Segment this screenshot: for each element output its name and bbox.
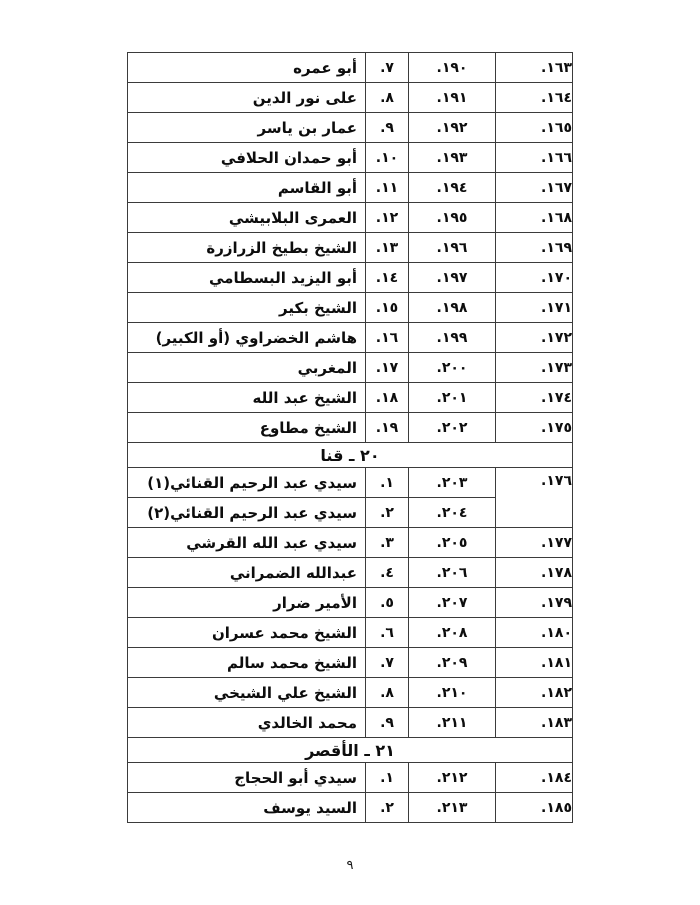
name-cell: الشيخ محمد عسران xyxy=(128,618,366,648)
overall-number-cell: ١٨٤. xyxy=(496,763,573,793)
entry-name: هاشم الخضراوي (أو الكبير) xyxy=(156,329,357,347)
entry-name: المغربي xyxy=(298,359,357,377)
table-row: ١٧٤.٢٠١.١٨.الشيخ عبد الله xyxy=(128,383,573,413)
running-number-cell: ٢٠٥. xyxy=(409,528,496,558)
name-cell: الشيخ بطيخ الزرازرة xyxy=(128,233,366,263)
entry-name: السيد يوسف xyxy=(263,799,357,817)
running-number-cell: ٢٠١. xyxy=(409,383,496,413)
entry-note: (٢) xyxy=(147,504,170,522)
entry-name: الشيخ بكير xyxy=(279,299,357,317)
entry-name: سيدي عبد الرحيم القنائي xyxy=(170,474,357,492)
section-serial-cell: ٢. xyxy=(366,793,409,823)
name-cell: سيدي عبد الرحيم القنائي(١) xyxy=(128,468,366,498)
section-serial-cell: ١٣. xyxy=(366,233,409,263)
shrine-list-table: ١٦٣.١٩٠.٧.أبو عمره١٦٤.١٩١.٨.على نور الدي… xyxy=(127,52,573,823)
name-cell: الشيخ بكير xyxy=(128,293,366,323)
entry-name: عبدالله الضمراني xyxy=(230,564,357,582)
section-serial-cell: ٤. xyxy=(366,558,409,588)
running-number-cell: ٢١١. xyxy=(409,708,496,738)
running-number-cell: ٢٠٧. xyxy=(409,588,496,618)
entry-name: محمد الخالدي xyxy=(258,714,357,732)
section-header-title: ٢٠ ـ قنا xyxy=(128,443,573,468)
name-cell: السيد يوسف xyxy=(128,793,366,823)
overall-number-cell: ١٦٨. xyxy=(496,203,573,233)
overall-number-cell: ١٧٢. xyxy=(496,323,573,353)
running-number-cell: ٢٠٦. xyxy=(409,558,496,588)
section-serial-cell: ١٨. xyxy=(366,383,409,413)
table-row: ١٦٣.١٩٠.٧.أبو عمره xyxy=(128,53,573,83)
name-cell: سيدي عبد الله القرشي xyxy=(128,528,366,558)
name-cell: أبو حمدان الحلافي xyxy=(128,143,366,173)
entry-name: على نور الدين xyxy=(253,89,357,107)
running-number-cell: ١٩٧. xyxy=(409,263,496,293)
overall-number-cell: ١٦٥. xyxy=(496,113,573,143)
table-row: ١٦٦.١٩٣.١٠.أبو حمدان الحلافي xyxy=(128,143,573,173)
running-number-cell: ٢١٢. xyxy=(409,763,496,793)
name-cell: الشيخ عبد الله xyxy=(128,383,366,413)
name-cell: على نور الدين xyxy=(128,83,366,113)
name-cell: أبو اليزيد البسطامي xyxy=(128,263,366,293)
entry-name: الشيخ محمد سالم xyxy=(227,654,357,672)
table-body: ١٦٣.١٩٠.٧.أبو عمره١٦٤.١٩١.٨.على نور الدي… xyxy=(128,53,573,823)
name-cell: محمد الخالدي xyxy=(128,708,366,738)
section-serial-cell: ١٦. xyxy=(366,323,409,353)
name-cell: الشيخ مطاوع xyxy=(128,413,366,443)
table-row: ١٧٥.٢٠٢.١٩.الشيخ مطاوع xyxy=(128,413,573,443)
overall-number-cell: ١٧٠. xyxy=(496,263,573,293)
overall-number-cell: ١٧٥. xyxy=(496,413,573,443)
table-row: ١٨٢.٢١٠.٨.الشيخ علي الشيخي xyxy=(128,678,573,708)
table-row: ١٨١.٢٠٩.٧.الشيخ محمد سالم xyxy=(128,648,573,678)
name-cell: الأمير ضرار xyxy=(128,588,366,618)
table-row: ١٦٤.١٩١.٨.على نور الدين xyxy=(128,83,573,113)
name-cell: المغربي xyxy=(128,353,366,383)
section-serial-cell: ١٤. xyxy=(366,263,409,293)
name-cell: سيدي أبو الحجاج xyxy=(128,763,366,793)
table-row: ١٧٧.٢٠٥.٣.سيدي عبد الله القرشي xyxy=(128,528,573,558)
running-number-cell: ١٩١. xyxy=(409,83,496,113)
entry-name: أبو حمدان الحلافي xyxy=(221,149,357,167)
name-cell: الشيخ محمد سالم xyxy=(128,648,366,678)
table-row: ١٧١.١٩٨.١٥.الشيخ بكير xyxy=(128,293,573,323)
table-row: ١٨٤.٢١٢.١.سيدي أبو الحجاج xyxy=(128,763,573,793)
entry-name: سيدي أبو الحجاج xyxy=(234,769,357,787)
entry-name: الأمير ضرار xyxy=(273,594,357,612)
running-number-cell: ٢٠٤. xyxy=(409,498,496,528)
overall-number-cell: ١٦٣. xyxy=(496,53,573,83)
name-cell: سيدي عبد الرحيم القنائي(٢) xyxy=(128,498,366,528)
section-serial-cell: ٢. xyxy=(366,498,409,528)
overall-number-cell: ١٧١. xyxy=(496,293,573,323)
entry-name: الشيخ عبد الله xyxy=(253,389,357,407)
section-serial-cell: ٧. xyxy=(366,53,409,83)
section-serial-cell: ٧. xyxy=(366,648,409,678)
entry-name: الشيخ محمد عسران xyxy=(212,624,357,642)
overall-number-cell: ١٧٤. xyxy=(496,383,573,413)
section-serial-cell: ١٠. xyxy=(366,143,409,173)
name-cell: العمرى البلابيشي xyxy=(128,203,366,233)
section-serial-cell: ٦. xyxy=(366,618,409,648)
section-serial-cell: ١. xyxy=(366,763,409,793)
entry-name: الشيخ بطيخ الزرازرة xyxy=(206,239,357,257)
section-serial-cell: ١٢. xyxy=(366,203,409,233)
name-cell: أبو القاسم xyxy=(128,173,366,203)
entry-name: الشيخ مطاوع xyxy=(260,419,357,437)
table-row: ١٧٩.٢٠٧.٥.الأمير ضرار xyxy=(128,588,573,618)
overall-number-cell: ١٨١. xyxy=(496,648,573,678)
overall-number-cell: ١٦٩. xyxy=(496,233,573,263)
overall-number-cell: ١٨٠. xyxy=(496,618,573,648)
table-row: ١٨٣.٢١١.٩.محمد الخالدي xyxy=(128,708,573,738)
name-cell: أبو عمره xyxy=(128,53,366,83)
overall-number-cell: ١٧٦. xyxy=(496,468,573,528)
table-row: ١٦٥.١٩٢.٩.عمار بن ياسر xyxy=(128,113,573,143)
section-header-title: ٢١ ـ الأقصر xyxy=(128,738,573,763)
overall-number-cell: ١٦٧. xyxy=(496,173,573,203)
entry-name: سيدي عبد الله القرشي xyxy=(186,534,357,552)
running-number-cell: ٢٠٢. xyxy=(409,413,496,443)
overall-number-cell: ١٨٢. xyxy=(496,678,573,708)
entry-name: الشيخ علي الشيخي xyxy=(214,684,357,702)
section-serial-cell: ٩. xyxy=(366,113,409,143)
name-cell: عبدالله الضمراني xyxy=(128,558,366,588)
running-number-cell: ١٩٠. xyxy=(409,53,496,83)
overall-number-cell: ١٧٨. xyxy=(496,558,573,588)
entry-name: عمار بن ياسر xyxy=(258,119,358,137)
running-number-cell: ١٩٤. xyxy=(409,173,496,203)
section-serial-cell: ٩. xyxy=(366,708,409,738)
section-serial-cell: ١١. xyxy=(366,173,409,203)
table-row: ١٧٠.١٩٧.١٤.أبو اليزيد البسطامي xyxy=(128,263,573,293)
running-number-cell: ١٩٩. xyxy=(409,323,496,353)
running-number-cell: ١٩٢. xyxy=(409,113,496,143)
running-number-cell: ٢٠٠. xyxy=(409,353,496,383)
running-number-cell: ٢١٣. xyxy=(409,793,496,823)
name-cell: الشيخ علي الشيخي xyxy=(128,678,366,708)
overall-number-cell: ١٦٦. xyxy=(496,143,573,173)
section-serial-cell: ١. xyxy=(366,468,409,498)
table-row: ١٦٨.١٩٥.١٢.العمرى البلابيشي xyxy=(128,203,573,233)
table-row: ١٨٠.٢٠٨.٦.الشيخ محمد عسران xyxy=(128,618,573,648)
entry-name: العمرى البلابيشي xyxy=(229,209,357,227)
table-row: ١٨٥.٢١٣.٢.السيد يوسف xyxy=(128,793,573,823)
section-serial-cell: ٥. xyxy=(366,588,409,618)
overall-number-cell: ١٧٧. xyxy=(496,528,573,558)
table-row: ١٦٧.١٩٤.١١.أبو القاسم xyxy=(128,173,573,203)
running-number-cell: ١٩٣. xyxy=(409,143,496,173)
running-number-cell: ١٩٨. xyxy=(409,293,496,323)
table-row: ١٦٩.١٩٦.١٣.الشيخ بطيخ الزرازرة xyxy=(128,233,573,263)
section-header-row: ٢٠ ـ قنا xyxy=(128,443,573,468)
document-page: ١٦٣.١٩٠.٧.أبو عمره١٦٤.١٩١.٨.على نور الدي… xyxy=(0,0,700,905)
running-number-cell: ٢٠٨. xyxy=(409,618,496,648)
section-header-row: ٢١ ـ الأقصر xyxy=(128,738,573,763)
section-serial-cell: ١٥. xyxy=(366,293,409,323)
overall-number-cell: ١٧٩. xyxy=(496,588,573,618)
running-number-cell: ١٩٦. xyxy=(409,233,496,263)
section-serial-cell: ١٧. xyxy=(366,353,409,383)
table-row: ١٧٢.١٩٩.١٦.هاشم الخضراوي (أو الكبير) xyxy=(128,323,573,353)
running-number-cell: ٢٠٣. xyxy=(409,468,496,498)
table-row: ١٧٣.٢٠٠.١٧.المغربي xyxy=(128,353,573,383)
name-cell: هاشم الخضراوي (أو الكبير) xyxy=(128,323,366,353)
overall-number-cell: ١٨٣. xyxy=(496,708,573,738)
section-serial-cell: ٨. xyxy=(366,678,409,708)
overall-number-cell: ١٦٤. xyxy=(496,83,573,113)
table-row: ١٧٨.٢٠٦.٤.عبدالله الضمراني xyxy=(128,558,573,588)
overall-number-cell: ١٧٣. xyxy=(496,353,573,383)
entry-name: أبو عمره xyxy=(293,59,357,77)
entry-name: أبو اليزيد البسطامي xyxy=(209,269,357,287)
name-cell: عمار بن ياسر xyxy=(128,113,366,143)
overall-number-cell: ١٨٥. xyxy=(496,793,573,823)
running-number-cell: ١٩٥. xyxy=(409,203,496,233)
page-number: ٩ xyxy=(0,858,700,873)
entry-name: سيدي عبد الرحيم القنائي xyxy=(170,504,357,522)
running-number-cell: ٢٠٩. xyxy=(409,648,496,678)
section-serial-cell: ٣. xyxy=(366,528,409,558)
running-number-cell: ٢١٠. xyxy=(409,678,496,708)
table-row: ١٧٦.٢٠٣.١.سيدي عبد الرحيم القنائي(١) xyxy=(128,468,573,498)
section-serial-cell: ٨. xyxy=(366,83,409,113)
entry-name: أبو القاسم xyxy=(278,179,357,197)
section-serial-cell: ١٩. xyxy=(366,413,409,443)
entry-note: (١) xyxy=(147,474,170,492)
